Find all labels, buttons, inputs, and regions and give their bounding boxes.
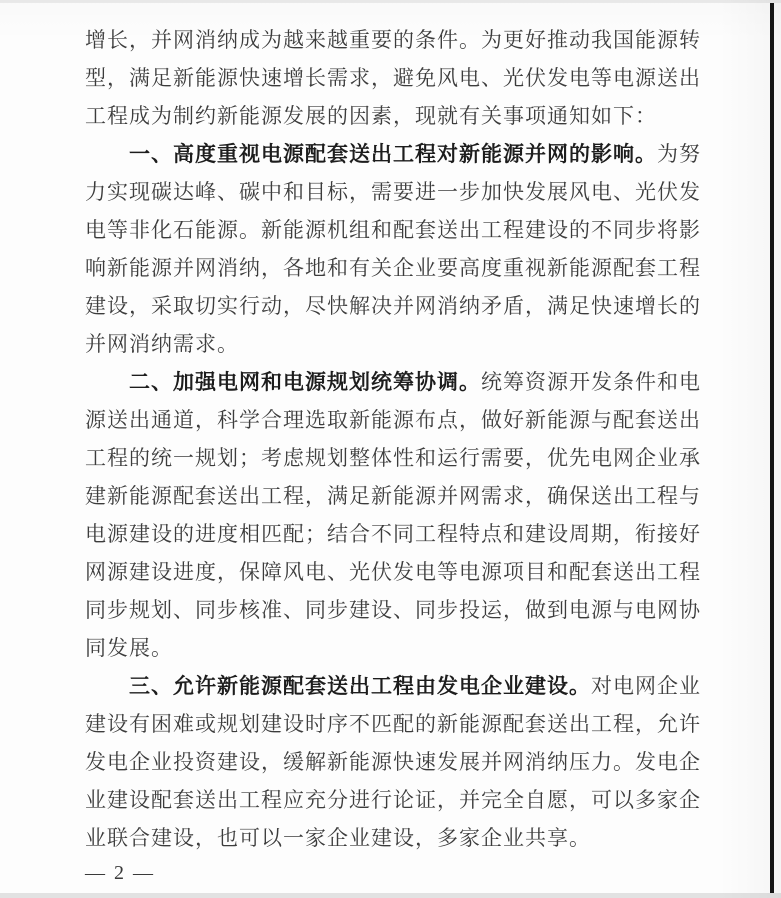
section-heading-text: 三、允许新能源配套送出工程由发电企业建设。 — [129, 675, 591, 698]
body-text: 为努 — [657, 142, 701, 166]
body-text: 建设有困难或规划建设时序不匹配的新能源配套送出工程，允许 — [85, 712, 701, 736]
body-text: 业建设配套送出工程应充分进行论证，并完全自愿，可以多家企 — [85, 788, 701, 812]
scanned-document-page: 增长，并网消纳成为越来越重要的条件。为更好推动我国能源转型，满足新能源快速增长需… — [0, 0, 781, 898]
document-line: 发电企业投资建设，缓解新能源快速发展并网消纳压力。发电企 — [85, 743, 703, 781]
document-line: 增长，并网消纳成为越来越重要的条件。为更好推动我国能源转 — [85, 21, 703, 59]
body-text: 工程成为制约新能源发展的因素，现就有关事项通知如下： — [85, 104, 657, 128]
paragraph: 一、高度重视电源配套送出工程对新能源并网的影响。为努力实现碳达峰、碳中和目标，需… — [85, 135, 703, 363]
document-line: 业建设配套送出工程应充分进行论证，并完全自愿，可以多家企 — [85, 781, 703, 819]
body-text: 力实现碳达峰、碳中和目标，需要进一步加快发展风电、光伏发 — [85, 180, 701, 204]
body-text: 建设，采取切实行动，尽快解决并网消纳矛盾，满足快速增长的 — [85, 294, 701, 318]
body-text: 源送出通道，科学合理选取新能源布点，做好新能源与配套送出 — [85, 408, 701, 432]
document-line: 电源建设的进度相匹配；结合不同工程特点和建设周期，衔接好 — [85, 515, 703, 553]
scan-bottom-edge — [0, 893, 781, 898]
body-text: 统筹资源开发条件和电 — [481, 370, 701, 394]
body-text: 对电网企业 — [591, 674, 701, 698]
document-line: 业联合建设，也可以一家企业建设，多家企业共享。 — [85, 819, 703, 857]
document-line: 工程的统一规划；考虑规划整体性和运行需要，优先电网企业承 — [85, 439, 703, 477]
document-line: 建设，采取切实行动，尽快解决并网消纳矛盾，满足快速增长的 — [85, 287, 703, 325]
section-heading-text: 一、高度重视电源配套送出工程对新能源并网的影响。 — [129, 143, 657, 166]
scan-right-edge-line — [770, 3, 774, 893]
document-line: 并网消纳需求。 — [85, 325, 703, 363]
body-text: 型，满足新能源快速增长需求，避免风电、光伏发电等电源送出 — [85, 66, 701, 90]
body-text: 业联合建设，也可以一家企业建设，多家企业共享。 — [85, 826, 591, 850]
document-line: 一、高度重视电源配套送出工程对新能源并网的影响。为努 — [85, 135, 703, 173]
body-text: 并网消纳需求。 — [85, 332, 239, 356]
document-text-block: 增长，并网消纳成为越来越重要的条件。为更好推动我国能源转型，满足新能源快速增长需… — [85, 21, 703, 857]
body-text: 发电企业投资建设，缓解新能源快速发展并网消纳压力。发电企 — [85, 750, 701, 774]
document-line: 建新能源配套送出工程，满足新能源并网需求，确保送出工程与 — [85, 477, 703, 515]
body-text: 电源建设的进度相匹配；结合不同工程特点和建设周期，衔接好 — [85, 522, 701, 546]
body-text: 响新能源并网消纳，各地和有关企业要高度重视新能源配套工程 — [85, 256, 701, 280]
document-line: 源送出通道，科学合理选取新能源布点，做好新能源与配套送出 — [85, 401, 703, 439]
body-text: 电等非化石能源。新能源机组和配套送出工程建设的不同步将影 — [85, 218, 701, 242]
document-line: 响新能源并网消纳，各地和有关企业要高度重视新能源配套工程 — [85, 249, 703, 287]
paragraph: 三、允许新能源配套送出工程由发电企业建设。对电网企业建设有困难或规划建设时序不匹… — [85, 667, 703, 857]
scan-top-edge — [0, 0, 781, 3]
body-text: 建新能源配套送出工程，满足新能源并网需求，确保送出工程与 — [85, 484, 701, 508]
document-line: 力实现碳达峰、碳中和目标，需要进一步加快发展风电、光伏发 — [85, 173, 703, 211]
body-text: 增长，并网消纳成为越来越重要的条件。为更好推动我国能源转 — [85, 28, 701, 52]
paragraph: 二、加强电网和电源规划统筹协调。统筹资源开发条件和电源送出通道，科学合理选取新能… — [85, 363, 703, 667]
document-line: 电等非化石能源。新能源机组和配套送出工程建设的不同步将影 — [85, 211, 703, 249]
document-line: 二、加强电网和电源规划统筹协调。统筹资源开发条件和电 — [85, 363, 703, 401]
body-text: 同步规划、同步核准、同步建设、同步投运，做到电源与电网协 — [85, 598, 701, 622]
document-line: 网源建设进度，保障风电、光伏发电等电源项目和配套送出工程 — [85, 553, 703, 591]
body-text: 同发展。 — [85, 636, 173, 660]
document-line: 三、允许新能源配套送出工程由发电企业建设。对电网企业 — [85, 667, 703, 705]
document-line: 同步规划、同步核准、同步建设、同步投运，做到电源与电网协 — [85, 591, 703, 629]
body-text: 工程的统一规划；考虑规划整体性和运行需要，优先电网企业承 — [85, 446, 701, 470]
document-line: 同发展。 — [85, 629, 703, 667]
document-line: 工程成为制约新能源发展的因素，现就有关事项通知如下： — [85, 97, 703, 135]
paragraph: 增长，并网消纳成为越来越重要的条件。为更好推动我国能源转型，满足新能源快速增长需… — [85, 21, 703, 135]
document-line: 建设有困难或规划建设时序不匹配的新能源配套送出工程，允许 — [85, 705, 703, 743]
document-line: 型，满足新能源快速增长需求，避免风电、光伏发电等电源送出 — [85, 59, 703, 97]
section-heading-text: 二、加强电网和电源规划统筹协调。 — [129, 371, 481, 394]
body-text: 网源建设进度，保障风电、光伏发电等电源项目和配套送出工程 — [85, 560, 701, 584]
page-number: — 2 — — [85, 858, 155, 888]
